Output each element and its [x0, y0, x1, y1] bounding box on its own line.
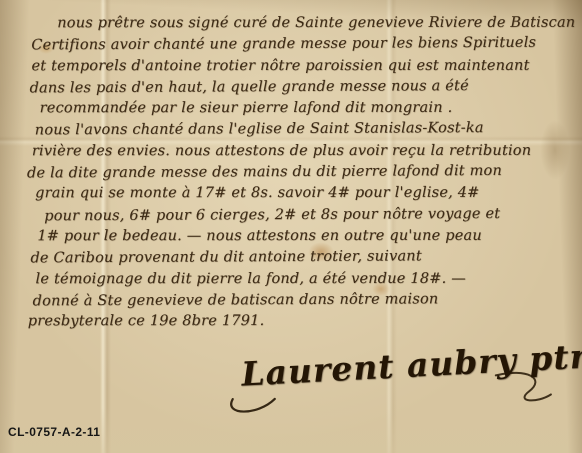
manuscript-line: le témoignage du dit pierre la fond, a é…: [23, 270, 575, 292]
manuscript-line: 1# pour le bedeau. — nous attestons en o…: [22, 228, 574, 250]
manuscript-photo: nous prêtre sous signé curé de Sainte ge…: [0, 0, 582, 453]
manuscript-line: de la dite grande messe des mains du dit…: [22, 163, 574, 187]
manuscript-line: dans les pais d'en haut, la quelle grand…: [22, 77, 574, 101]
manuscript-line: de Caribou provenant du dit antoine trot…: [22, 248, 574, 272]
manuscript-line: rivière des envies. nous attestons de pl…: [22, 143, 574, 165]
manuscript-line: nous l'avons chanté dans l'eglise de Sai…: [22, 120, 574, 144]
manuscript-line: Certifions avoir chanté une grande messe…: [21, 35, 573, 59]
catalog-label: CL-0757-A-2-11: [8, 425, 100, 439]
manuscript-text: nous prêtre sous signé curé de Sainte ge…: [21, 14, 575, 336]
manuscript-line: et temporels d'antoine trotier nôtre par…: [21, 57, 573, 79]
manuscript-line: donné à Ste genevieve de batiscan dans n…: [23, 290, 575, 314]
manuscript-line: grain qui se monte à 17# et 8s. savoir 4…: [22, 185, 574, 207]
manuscript-line: presbyterale ce 19e 8bre 1791.: [23, 313, 575, 335]
manuscript-line: recommandée par le sieur pierre lafond d…: [22, 100, 574, 122]
manuscript-line: pour nous, 6# pour 6 cierges, 2# et 8s p…: [22, 205, 574, 229]
manuscript-line: nous prêtre sous signé curé de Sainte ge…: [21, 15, 573, 37]
